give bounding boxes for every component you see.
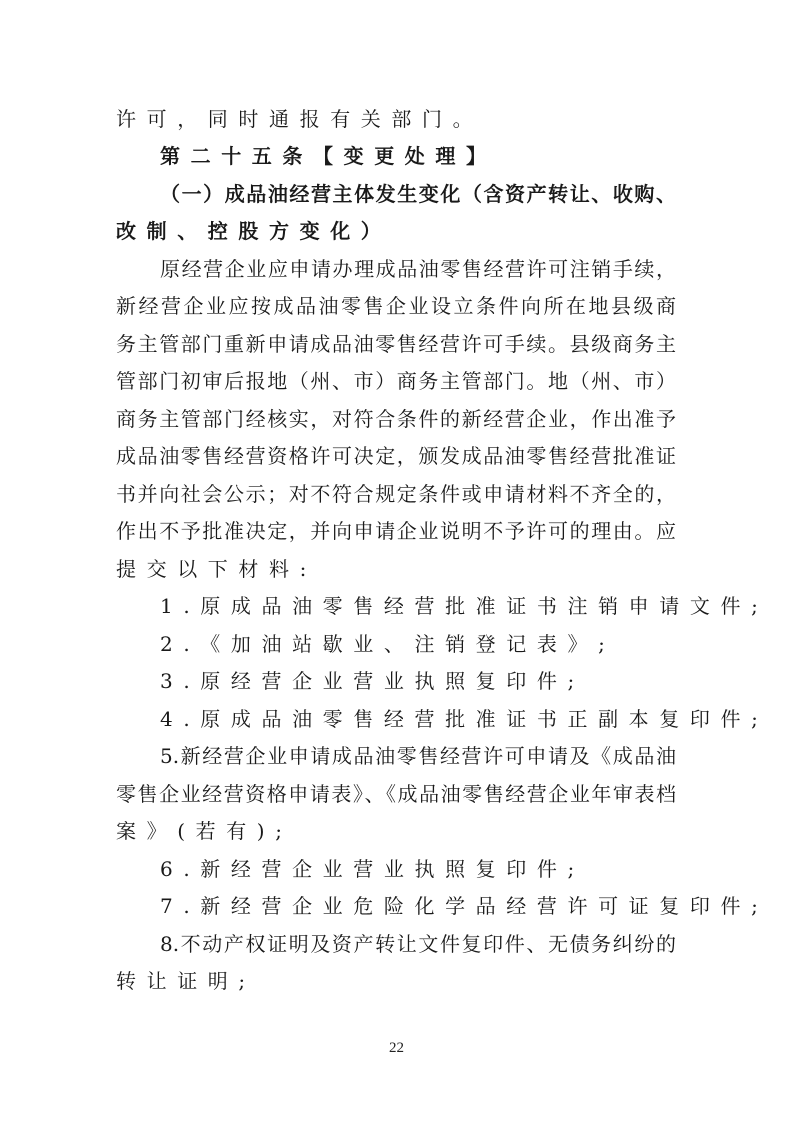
section-heading: （一）成品油经营主体发生变化（含资产转让、收购、 bbox=[160, 176, 676, 213]
paragraph-line: 书并向社会公示；对不符合规定条件或申请材料不齐全的， bbox=[116, 476, 676, 513]
paragraph-line: 成品油零售经营资格许可决定，颁发成品油零售经营批准证 bbox=[116, 438, 676, 475]
paragraph-line: 提交以下材料: bbox=[116, 551, 676, 588]
paragraph-line: 新经营企业应按成品油零售企业设立条件向所在地县级商 bbox=[116, 288, 676, 325]
paragraph-line: 商务主管部门经核实，对符合条件的新经营企业，作出准予 bbox=[116, 401, 676, 438]
paragraph-line: 零售企业经营资格申请表》、《成品油零售经营企业年审表档 bbox=[116, 776, 676, 813]
list-item: 1.原成品油零售经营批准证书注销申请文件; bbox=[160, 588, 676, 625]
article-heading: 第二十五条【变更处理】 bbox=[160, 138, 676, 175]
page-number: 22 bbox=[0, 1040, 793, 1057]
section-heading: 改制、控股方变化） bbox=[116, 213, 676, 250]
paragraph-line: 转让证明; bbox=[116, 963, 676, 1000]
paragraph-line: 管部门初审后报地（州、市）商务主管部门。地（州、市） bbox=[116, 363, 676, 400]
list-item: 6.新经营企业营业执照复印件; bbox=[160, 851, 676, 888]
list-item: 4.原成品油零售经营批准证书正副本复印件; bbox=[160, 701, 676, 738]
paragraph-line: 务主管部门重新申请成品油零售经营许可手续。县级商务主 bbox=[116, 326, 676, 363]
list-item: 7.新经营企业危险化学品经营许可证复印件; bbox=[160, 888, 676, 925]
list-item: 5.新经营企业申请成品油零售经营许可申请及《成品油 bbox=[160, 738, 676, 775]
paragraph-line: 许可，同时通报有关部门。 bbox=[116, 101, 676, 138]
list-item: 8.不动产权证明及资产转让文件复印件、无债务纠纷的 bbox=[160, 926, 676, 963]
paragraph-line: 案》(若有); bbox=[116, 813, 676, 850]
paragraph-line: 原经营企业应申请办理成品油零售经营许可注销手续， bbox=[160, 251, 676, 288]
list-item: 3.原经营企业营业执照复印件; bbox=[160, 663, 676, 700]
document-page: 许可，同时通报有关部门。第二十五条【变更处理】（一）成品油经营主体发生变化（含资… bbox=[0, 0, 793, 1122]
list-item: 2.《加油站歇业、注销登记表》; bbox=[160, 626, 676, 663]
paragraph-line: 作出不予批准决定，并向申请企业说明不予许可的理由。应 bbox=[116, 513, 676, 550]
